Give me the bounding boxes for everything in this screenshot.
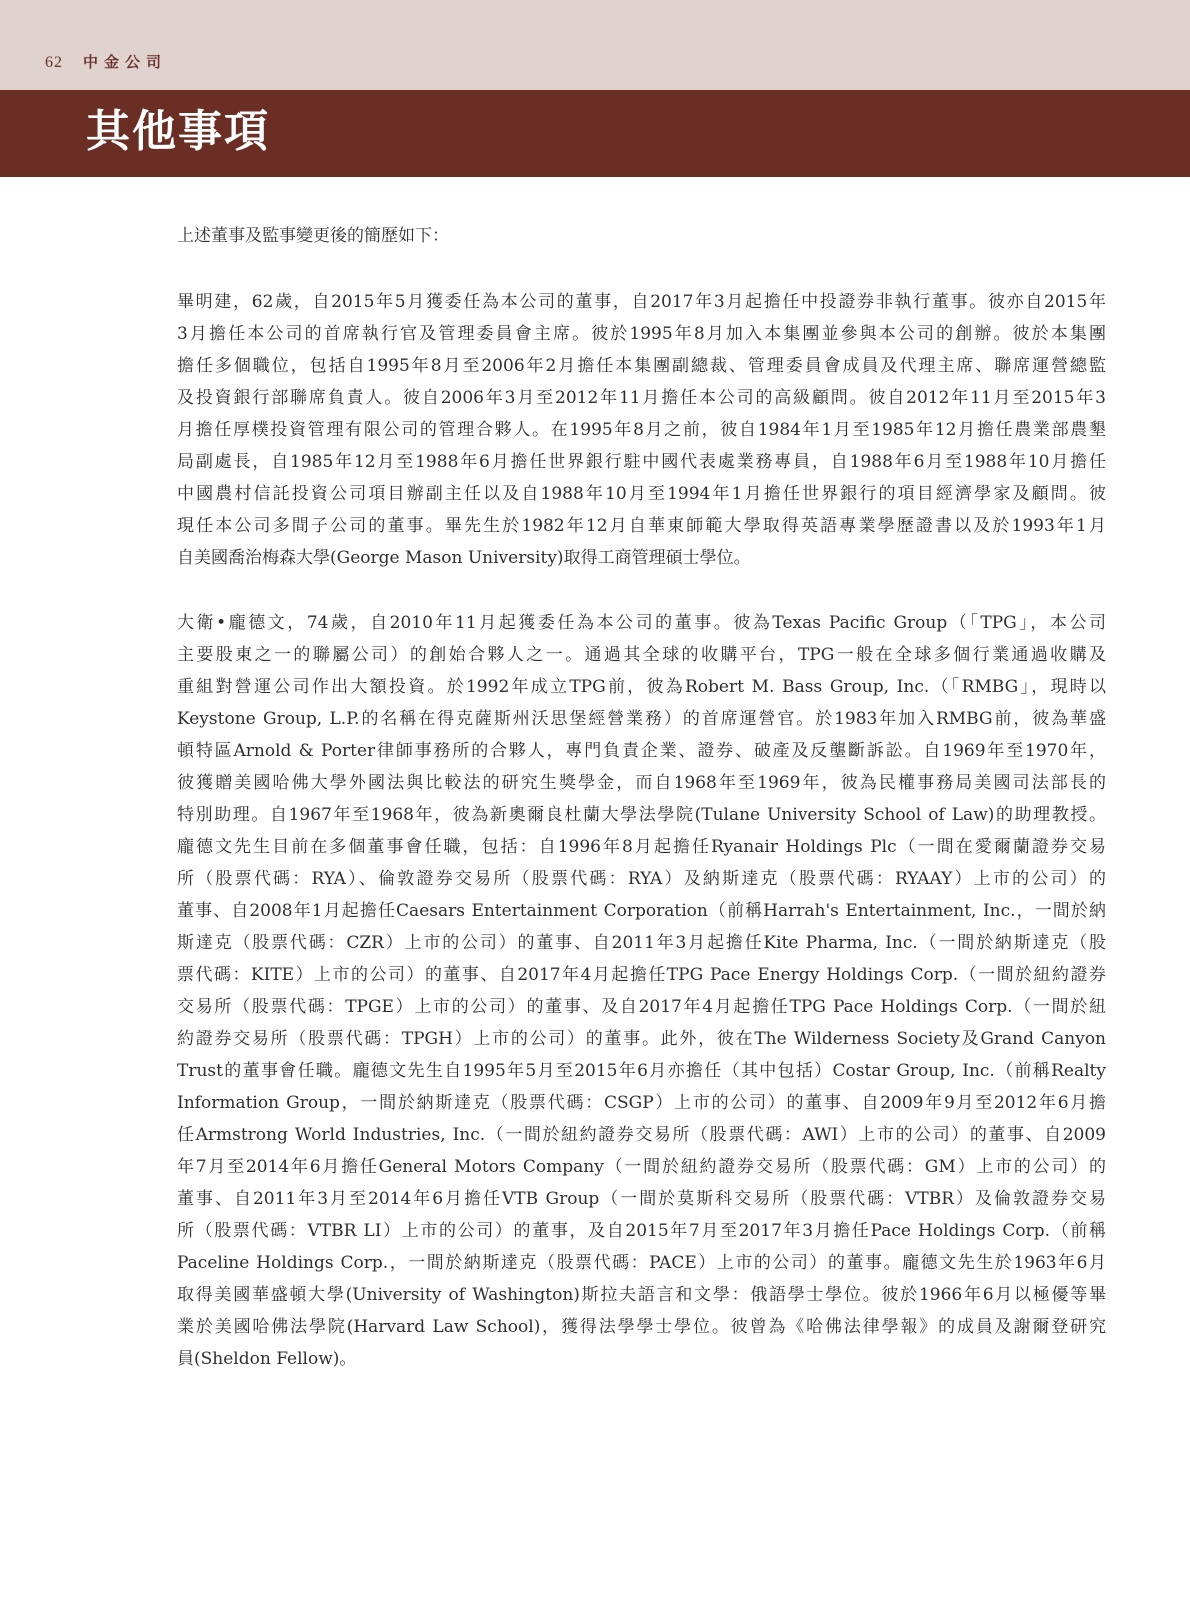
page-number: 62	[45, 54, 63, 72]
company-name: 中金公司	[83, 51, 167, 72]
text-line: 月擔任厚樸投資管理有限公司的管理合夥人。在1995年8月之前，彼自1984年1月…	[177, 414, 1106, 446]
intro-text: 上述董事及監事變更後的簡歷如下：	[177, 222, 1106, 250]
text-line: 及投資銀行部聯席負責人。彼自2006年3月至2012年11月擔任本公司的高級顧問…	[177, 382, 1106, 414]
text-line: 畢明建，62歲，自2015年5月獲委任為本公司的董事，自2017年3月起擔任中投…	[177, 286, 1106, 318]
bio-paragraph-bi-mingjian: 畢明建，62歲，自2015年5月獲委任為本公司的董事，自2017年3月起擔任中投…	[177, 286, 1106, 574]
text-line: 主要股東之一的聯屬公司）的創始合夥人之一。通過其全球的收購平台，TPG一般在全球…	[177, 639, 1106, 671]
text-line: 特別助理。自1967年至1968年，彼為新奧爾良杜蘭大學法學院(Tulane U…	[177, 799, 1106, 831]
text-line: 取得美國華盛頓大學(University of Washington)斯拉夫語言…	[177, 1279, 1106, 1311]
document-body: 上述董事及監事變更後的簡歷如下： 畢明建，62歲，自2015年5月獲委任為本公司…	[177, 222, 1106, 1408]
text-line: 自美國喬治梅森大學(George Mason University)取得工商管理…	[177, 542, 1106, 574]
text-line: 擔任多個職位，包括自1995年8月至2006年2月擔任本集團副總裁、管理委員會成…	[177, 350, 1106, 382]
running-header-band: 62 中金公司	[0, 0, 1190, 90]
text-line: 3月擔任本公司的首席執行官及管理委員會主席。彼於1995年8月加入本集團並參與本…	[177, 318, 1106, 350]
text-line: Keystone Group, L.P.的名稱在得克薩斯州沃思堡經營業務）的首席…	[177, 703, 1106, 735]
text-line: 大衛•龐德文，74歲，自2010年11月起獲委任為本公司的董事。彼為Texas …	[177, 607, 1106, 639]
text-line: 年7月至2014年6月擔任General Motors Company（一間於紐…	[177, 1151, 1106, 1183]
text-line: 頓特區Arnold & Porter律師事務所的合夥人，專門負責企業、證券、破產…	[177, 735, 1106, 767]
text-line: 業於美國哈佛法學院(Harvard Law School)，獲得法學學士學位。彼…	[177, 1311, 1106, 1343]
section-title-band: 其他事項	[0, 90, 1190, 177]
text-line: 重組對營運公司作出大額投資。於1992年成立TPG前，彼為Robert M. B…	[177, 671, 1106, 703]
text-line: 所（股票代碼：RYA）、倫敦證券交易所（股票代碼：RYA）及納斯達克（股票代碼：…	[177, 863, 1106, 895]
text-line: 約證券交易所（股票代碼：TPGH）上市的公司）的董事。此外，彼在The Wild…	[177, 1023, 1106, 1055]
text-line: 現任本公司多間子公司的董事。畢先生於1982年12月自華東師範大學取得英語專業學…	[177, 510, 1106, 542]
text-line: 彼獲贈美國哈佛大學外國法與比較法的研究生獎學金，而自1968年至1969年，彼為…	[177, 767, 1106, 799]
text-line: 中國農村信託投資公司項目辦副主任以及自1988年10月至1994年1月擔任世界銀…	[177, 478, 1106, 510]
text-line: Paceline Holdings Corp.，一間於納斯達克（股票代碼：PAC…	[177, 1247, 1106, 1279]
section-title: 其他事項	[86, 106, 270, 159]
text-line: Information Group，一間於納斯達克（股票代碼：CSGP）上市的公…	[177, 1087, 1106, 1119]
text-line: Trust的董事會任職。龐德文先生自1995年5月至2015年6月亦擔任（其中包…	[177, 1055, 1106, 1087]
text-line: 龐德文先生目前在多個董事會任職，包括：自1996年8月起擔任Ryanair Ho…	[177, 831, 1106, 863]
bio-paragraph-david-bonderman: 大衛•龐德文，74歲，自2010年11月起獲委任為本公司的董事。彼為Texas …	[177, 607, 1106, 1375]
text-line: 董事、自2011年3月至2014年6月擔任VTB Group（一間於莫斯科交易所…	[177, 1183, 1106, 1215]
text-line: 交易所（股票代碼：TPGE）上市的公司）的董事、及自2017年4月起擔任TPG …	[177, 991, 1106, 1023]
text-line: 所（股票代碼：VTBR LI）上市的公司）的董事，及自2015年7月至2017年…	[177, 1215, 1106, 1247]
text-line: 任Armstrong World Industries, Inc.（一間於紐約證…	[177, 1119, 1106, 1151]
text-line: 局副處長，自1985年12月至1988年6月擔任世界銀行駐中國代表處業務專員，自…	[177, 446, 1106, 478]
text-line: 員(Sheldon Fellow)。	[177, 1343, 1106, 1375]
running-head: 62 中金公司	[45, 51, 167, 72]
text-line: 董事、自2008年1月起擔任Caesars Entertainment Corp…	[177, 895, 1106, 927]
text-line: 斯達克（股票代碼：CZR）上市的公司）的董事、自2011年3月起擔任Kite P…	[177, 927, 1106, 959]
text-line: 票代碼：KITE）上市的公司）的董事、自2017年4月起擔任TPG Pace E…	[177, 959, 1106, 991]
